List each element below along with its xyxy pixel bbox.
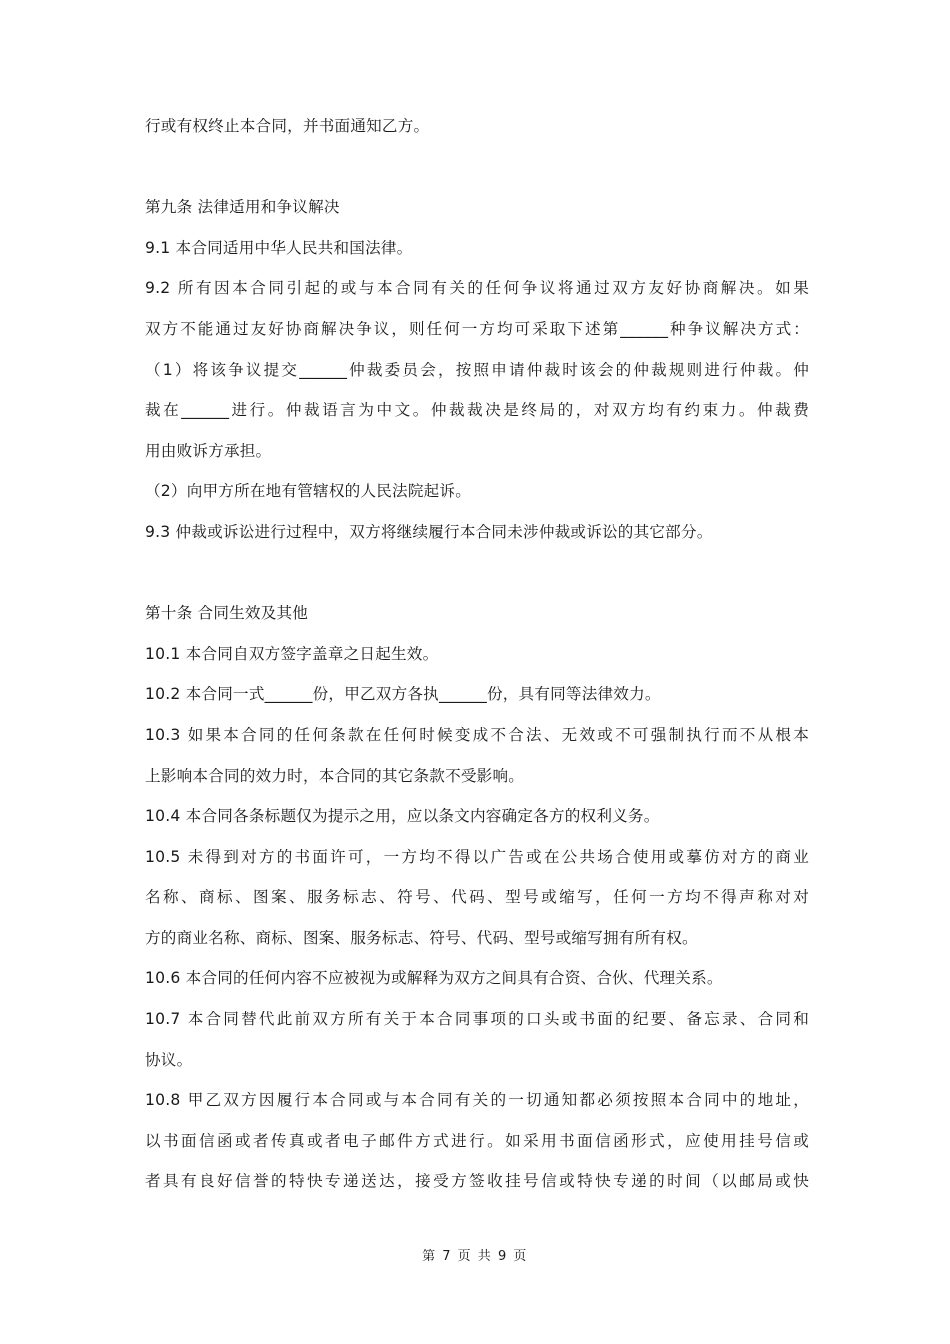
text-line: 10.1 本合同自双方签字盖章之日起生效。	[145, 634, 809, 675]
text-line: 10.5 未得到对方的书面许可，一方均不得以广告或在公共场合使用或摹仿对方的商业	[145, 837, 809, 878]
text-line: 10.4 本合同各条标题仅为提示之用，应以条文内容确定各方的权利义务。	[145, 796, 809, 837]
text-line: （1）将该争议提交______仲裁委员会，按照申请仲裁时该会的仲裁规则进行仲裁。…	[145, 350, 809, 391]
text-line: 10.8 甲乙双方因履行本合同或与本合同有关的一切通知都必须按照本合同中的地址，	[145, 1080, 809, 1121]
text-line: （2）向甲方所在地有管辖权的人民法院起诉。	[145, 471, 809, 512]
paragraph-spacer	[145, 553, 809, 594]
text-line: 方的商业名称、商标、图案、服务标志、符号、代码、型号或缩写拥有所有权。	[145, 918, 809, 959]
text-line: 双方不能通过友好协商解决争议，则任何一方均可采取下述第______种争议解决方式…	[145, 309, 809, 350]
text-line: 行或有权终止本合同，并书面通知乙方。	[145, 106, 809, 147]
text-line: 10.2 本合同一式______份，甲乙双方各执______份，具有同等法律效力…	[145, 674, 809, 715]
text-line: 者具有良好信誉的特快专递送达，接受方签收挂号信或特快专递的时间（以邮局或快	[145, 1161, 809, 1202]
section-heading: 第九条 法律适用和争议解决	[145, 187, 809, 228]
text-line: 10.7 本合同替代此前双方所有关于本合同事项的口头或书面的纪要、备忘录、合同和	[145, 999, 809, 1040]
text-line: 9.3 仲裁或诉讼进行过程中，双方将继续履行本合同未涉仲裁或诉讼的其它部分。	[145, 512, 809, 553]
section-heading: 第十条 合同生效及其他	[145, 593, 809, 634]
document-body: 行或有权终止本合同，并书面通知乙方。第九条 法律适用和争议解决9.1 本合同适用…	[145, 106, 809, 1202]
page-number-footer: 第 7 页 共 9 页	[0, 1245, 950, 1264]
paragraph-spacer	[145, 147, 809, 188]
text-line: 10.6 本合同的任何内容不应被视为或解释为双方之间具有合资、合伙、代理关系。	[145, 958, 809, 999]
text-line: 用由败诉方承担。	[145, 431, 809, 472]
text-line: 10.3 如果本合同的任何条款在任何时候变成不合法、无效或不可强制执行而不从根本	[145, 715, 809, 756]
text-line: 上影响本合同的效力时，本合同的其它条款不受影响。	[145, 756, 809, 797]
text-line: 以书面信函或者传真或者电子邮件方式进行。如采用书面信函形式，应使用挂号信或	[145, 1121, 809, 1162]
text-line: 裁在______进行。仲裁语言为中文。仲裁裁决是终局的，对双方均有约束力。仲裁费	[145, 390, 809, 431]
text-line: 协议。	[145, 1040, 809, 1081]
document-page: 行或有权终止本合同，并书面通知乙方。第九条 法律适用和争议解决9.1 本合同适用…	[0, 0, 950, 1344]
text-line: 9.1 本合同适用中华人民共和国法律。	[145, 228, 809, 269]
text-line: 名称、商标、图案、服务标志、符号、代码、型号或缩写，任何一方均不得声称对对	[145, 877, 809, 918]
text-line: 9.2 所有因本合同引起的或与本合同有关的任何争议将通过双方友好协商解决。如果	[145, 268, 809, 309]
